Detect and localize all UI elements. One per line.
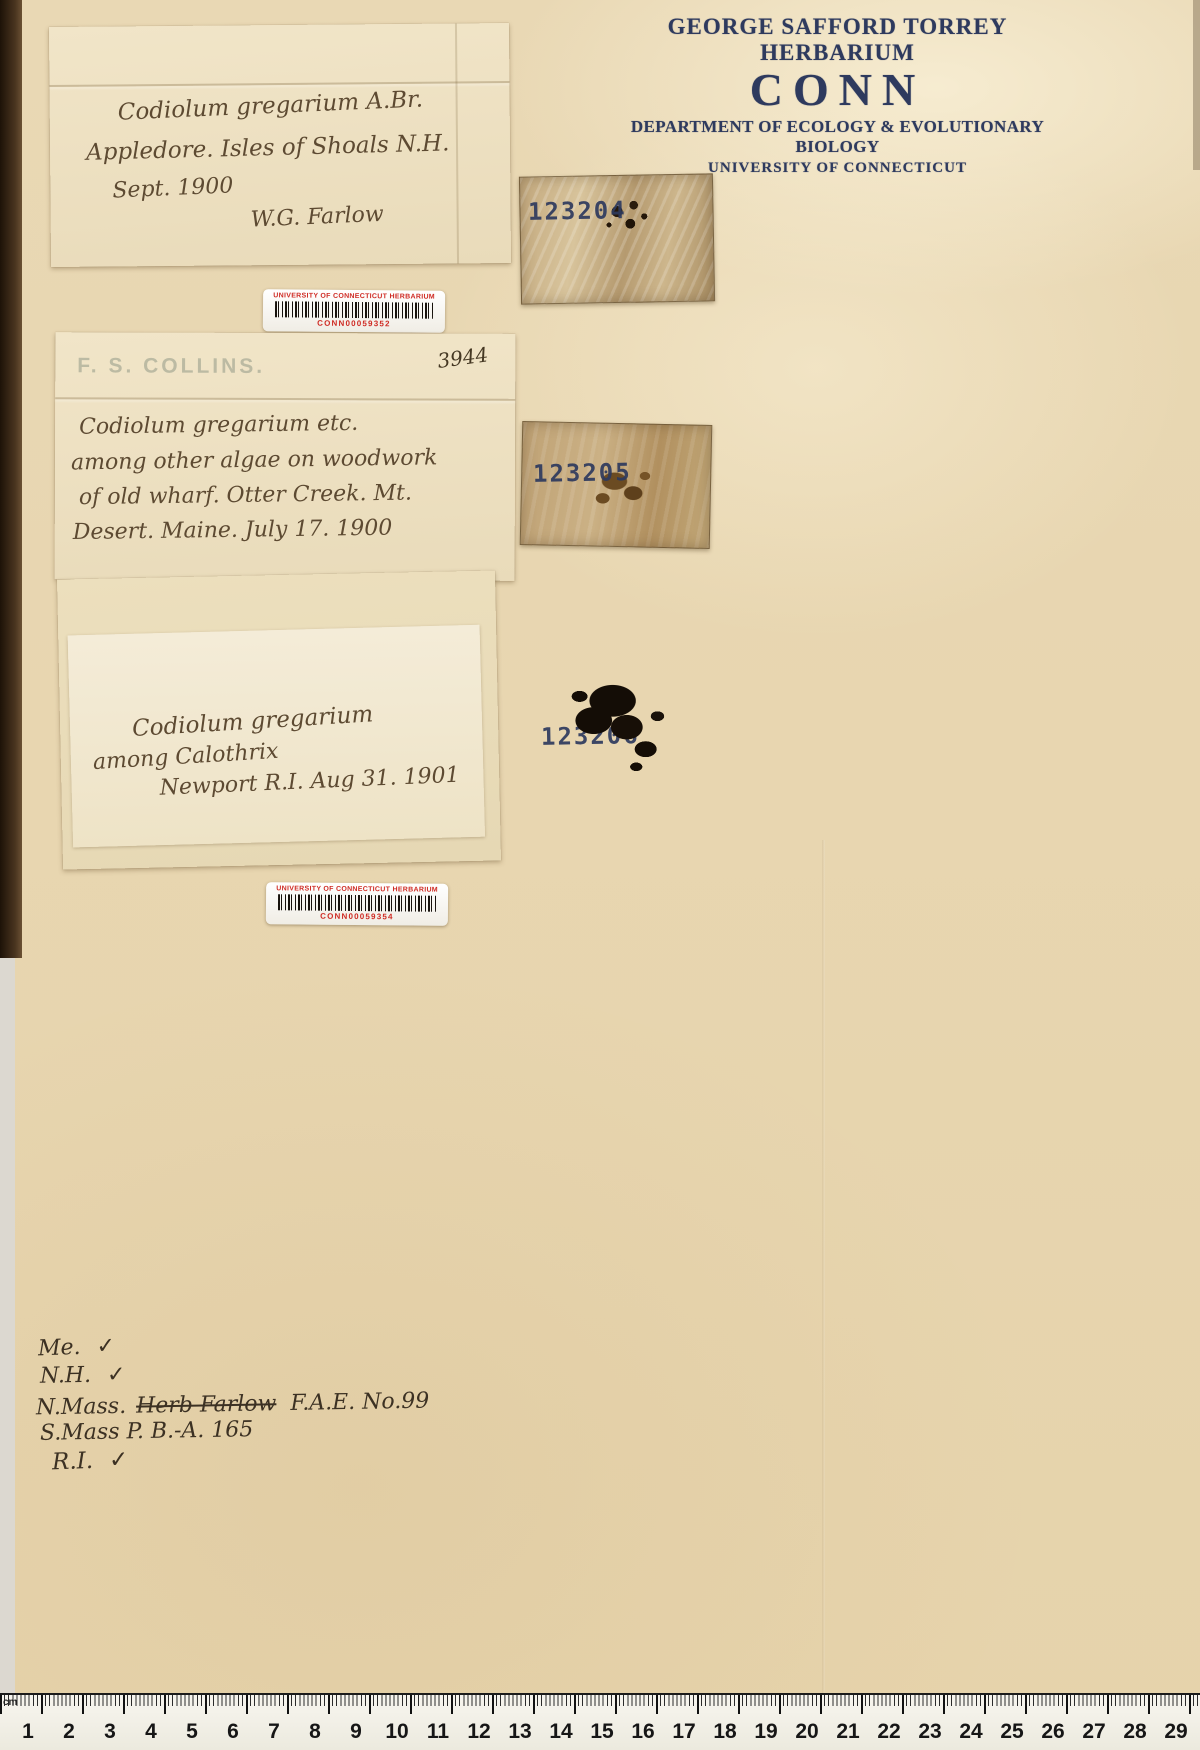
ruler-number: 28 [1123, 1720, 1146, 1744]
packet2-date-line: Desert. Maine. July 17. 1900 [73, 516, 393, 545]
ruler-number: 18 [713, 1720, 736, 1744]
herbarium-name: GEORGE SAFFORD TORREY HERBARIUM [600, 14, 1075, 66]
ruler-number: 6 [227, 1720, 239, 1744]
ruler-number: 15 [590, 1720, 613, 1744]
ruler-number: 5 [186, 1720, 198, 1744]
checkmark: ✓ [96, 1334, 115, 1360]
checkmark: ✓ [109, 1447, 129, 1474]
ruler-number: 7 [268, 1720, 280, 1744]
ruler-number: 25 [1000, 1720, 1023, 1744]
accession-number-2: 123205 [533, 458, 632, 488]
packet1-species-line: Codiolum gregarium A.Br. [117, 86, 423, 125]
ruler-number: 29 [1164, 1720, 1187, 1744]
checkmark: ✓ [107, 1362, 126, 1387]
packet-fold-line [49, 81, 509, 87]
packet3-front-label: Codiolum gregarium among Calothrix Newpo… [68, 625, 485, 848]
ruler-number: 14 [549, 1720, 572, 1744]
specimen-fragment-1 [519, 173, 715, 304]
ruler-number: 21 [836, 1720, 859, 1744]
ruler-number: 16 [631, 1720, 654, 1744]
struck-text: Herb Farlow [136, 1391, 277, 1418]
accession-number-1: 123204 [528, 196, 627, 226]
barcode-icon [278, 894, 436, 911]
annotation-ri: R.I.✓ [52, 1447, 129, 1476]
packet2-locality-line: of old wharf. Otter Creek. Mt. [79, 481, 412, 511]
scale-ruler: cm 1234567891011121314151617181920212223… [0, 1693, 1200, 1750]
ruler-number: 2 [63, 1720, 75, 1744]
ruler-number: 12 [467, 1720, 490, 1744]
specimen-packet-2: F. S. COLLINS. 3944 Codiolum gregarium e… [55, 332, 516, 581]
packet3-locality-date-line: Newport R.I. Aug 31. 1901 [159, 763, 460, 801]
specimen-packet-3: Codiolum gregarium among Calothrix Newpo… [57, 570, 501, 869]
scan-right-edge [1193, 0, 1200, 170]
ruler-number: 26 [1041, 1720, 1064, 1744]
barcode1-caption: UNIVERSITY OF CONNECTICUT HERBARIUM [263, 292, 445, 302]
annotation-text: Me. [38, 1335, 81, 1361]
ruler-number: 11 [427, 1720, 449, 1744]
ruler-number: 4 [145, 1720, 157, 1744]
packet3-habitat-line: among Calothrix [92, 739, 279, 775]
annotation-text: F.A.E. No.99 [290, 1389, 429, 1416]
herbarium-sheet-scan: GEORGE SAFFORD TORREY HERBARIUM CONN DEP… [0, 0, 1200, 1750]
ruler-number: 8 [309, 1720, 321, 1744]
packet1-collector-signature: W.G. Farlow [250, 202, 384, 233]
packet1-locality-line: Appledore. Isles of Shoals N.H. [86, 130, 450, 166]
department-name: DEPARTMENT OF ECOLOGY & EVOLUTIONARY BIO… [600, 117, 1075, 157]
packet3-species-line: Codiolum gregarium [131, 701, 374, 742]
annotation-nh: N.H.✓ [40, 1362, 126, 1388]
ruler-number: 23 [918, 1720, 941, 1744]
annotation-text: R.I. [52, 1448, 94, 1475]
annotation-smass: S.Mass P. B.-A. 165 [40, 1417, 254, 1446]
packet-fold-line [55, 397, 515, 401]
scan-left-edge-light [0, 958, 15, 1750]
ruler-number: 17 [672, 1720, 695, 1744]
ruler-number: 3 [104, 1720, 116, 1744]
herbarium-stamp: GEORGE SAFFORD TORREY HERBARIUM CONN DEP… [600, 14, 1075, 177]
ruler-number: 1 [22, 1720, 34, 1744]
barcode3-caption: UNIVERSITY OF CONNECTICUT HERBARIUM [266, 885, 448, 895]
packet2-species-line: Codiolum gregarium etc. [79, 411, 358, 440]
paper-crease [822, 840, 825, 1750]
ruler-number: 24 [959, 1720, 982, 1744]
packet2-habitat-line: among other algae on woodwork [71, 445, 438, 475]
ruler-number: 20 [795, 1720, 818, 1744]
collector-stamp: F. S. COLLINS. [77, 354, 265, 379]
annotation-text: S.Mass P. B.-A. 165 [40, 1417, 254, 1446]
packet1-date-line: Sept. 1900 [112, 173, 234, 203]
specimen-packet-1: Codiolum gregarium A.Br. Appledore. Isle… [49, 23, 511, 267]
ruler-number: 27 [1082, 1720, 1105, 1744]
scan-left-edge-dark [0, 0, 22, 958]
packet2-collection-number: 3944 [436, 342, 490, 373]
annotation-text: N.H. [40, 1363, 91, 1389]
ruler-cm-ticks [0, 1695, 1200, 1714]
barcode1-code: CONN00059352 [263, 318, 445, 329]
specimen-fragment-3 [556, 670, 674, 780]
ruler-number: 22 [877, 1720, 900, 1744]
herbarium-code: CONN [600, 66, 1075, 114]
ruler-number: 19 [754, 1720, 777, 1744]
barcode-label-1: UNIVERSITY OF CONNECTICUT HERBARIUM CONN… [263, 289, 445, 333]
annotation-text: N.Mass. [36, 1394, 126, 1421]
barcode-icon [275, 301, 433, 318]
ruler-number: 10 [385, 1720, 408, 1744]
packet-fold-line [455, 23, 459, 263]
ruler-unit-label: cm [3, 1697, 17, 1708]
annotation-me: Me.✓ [38, 1334, 116, 1362]
ruler-number: 13 [508, 1720, 531, 1744]
barcode3-code: CONN00059354 [266, 911, 448, 922]
barcode-label-3: UNIVERSITY OF CONNECTICUT HERBARIUM CONN… [266, 882, 448, 926]
ruler-number: 9 [350, 1720, 362, 1744]
